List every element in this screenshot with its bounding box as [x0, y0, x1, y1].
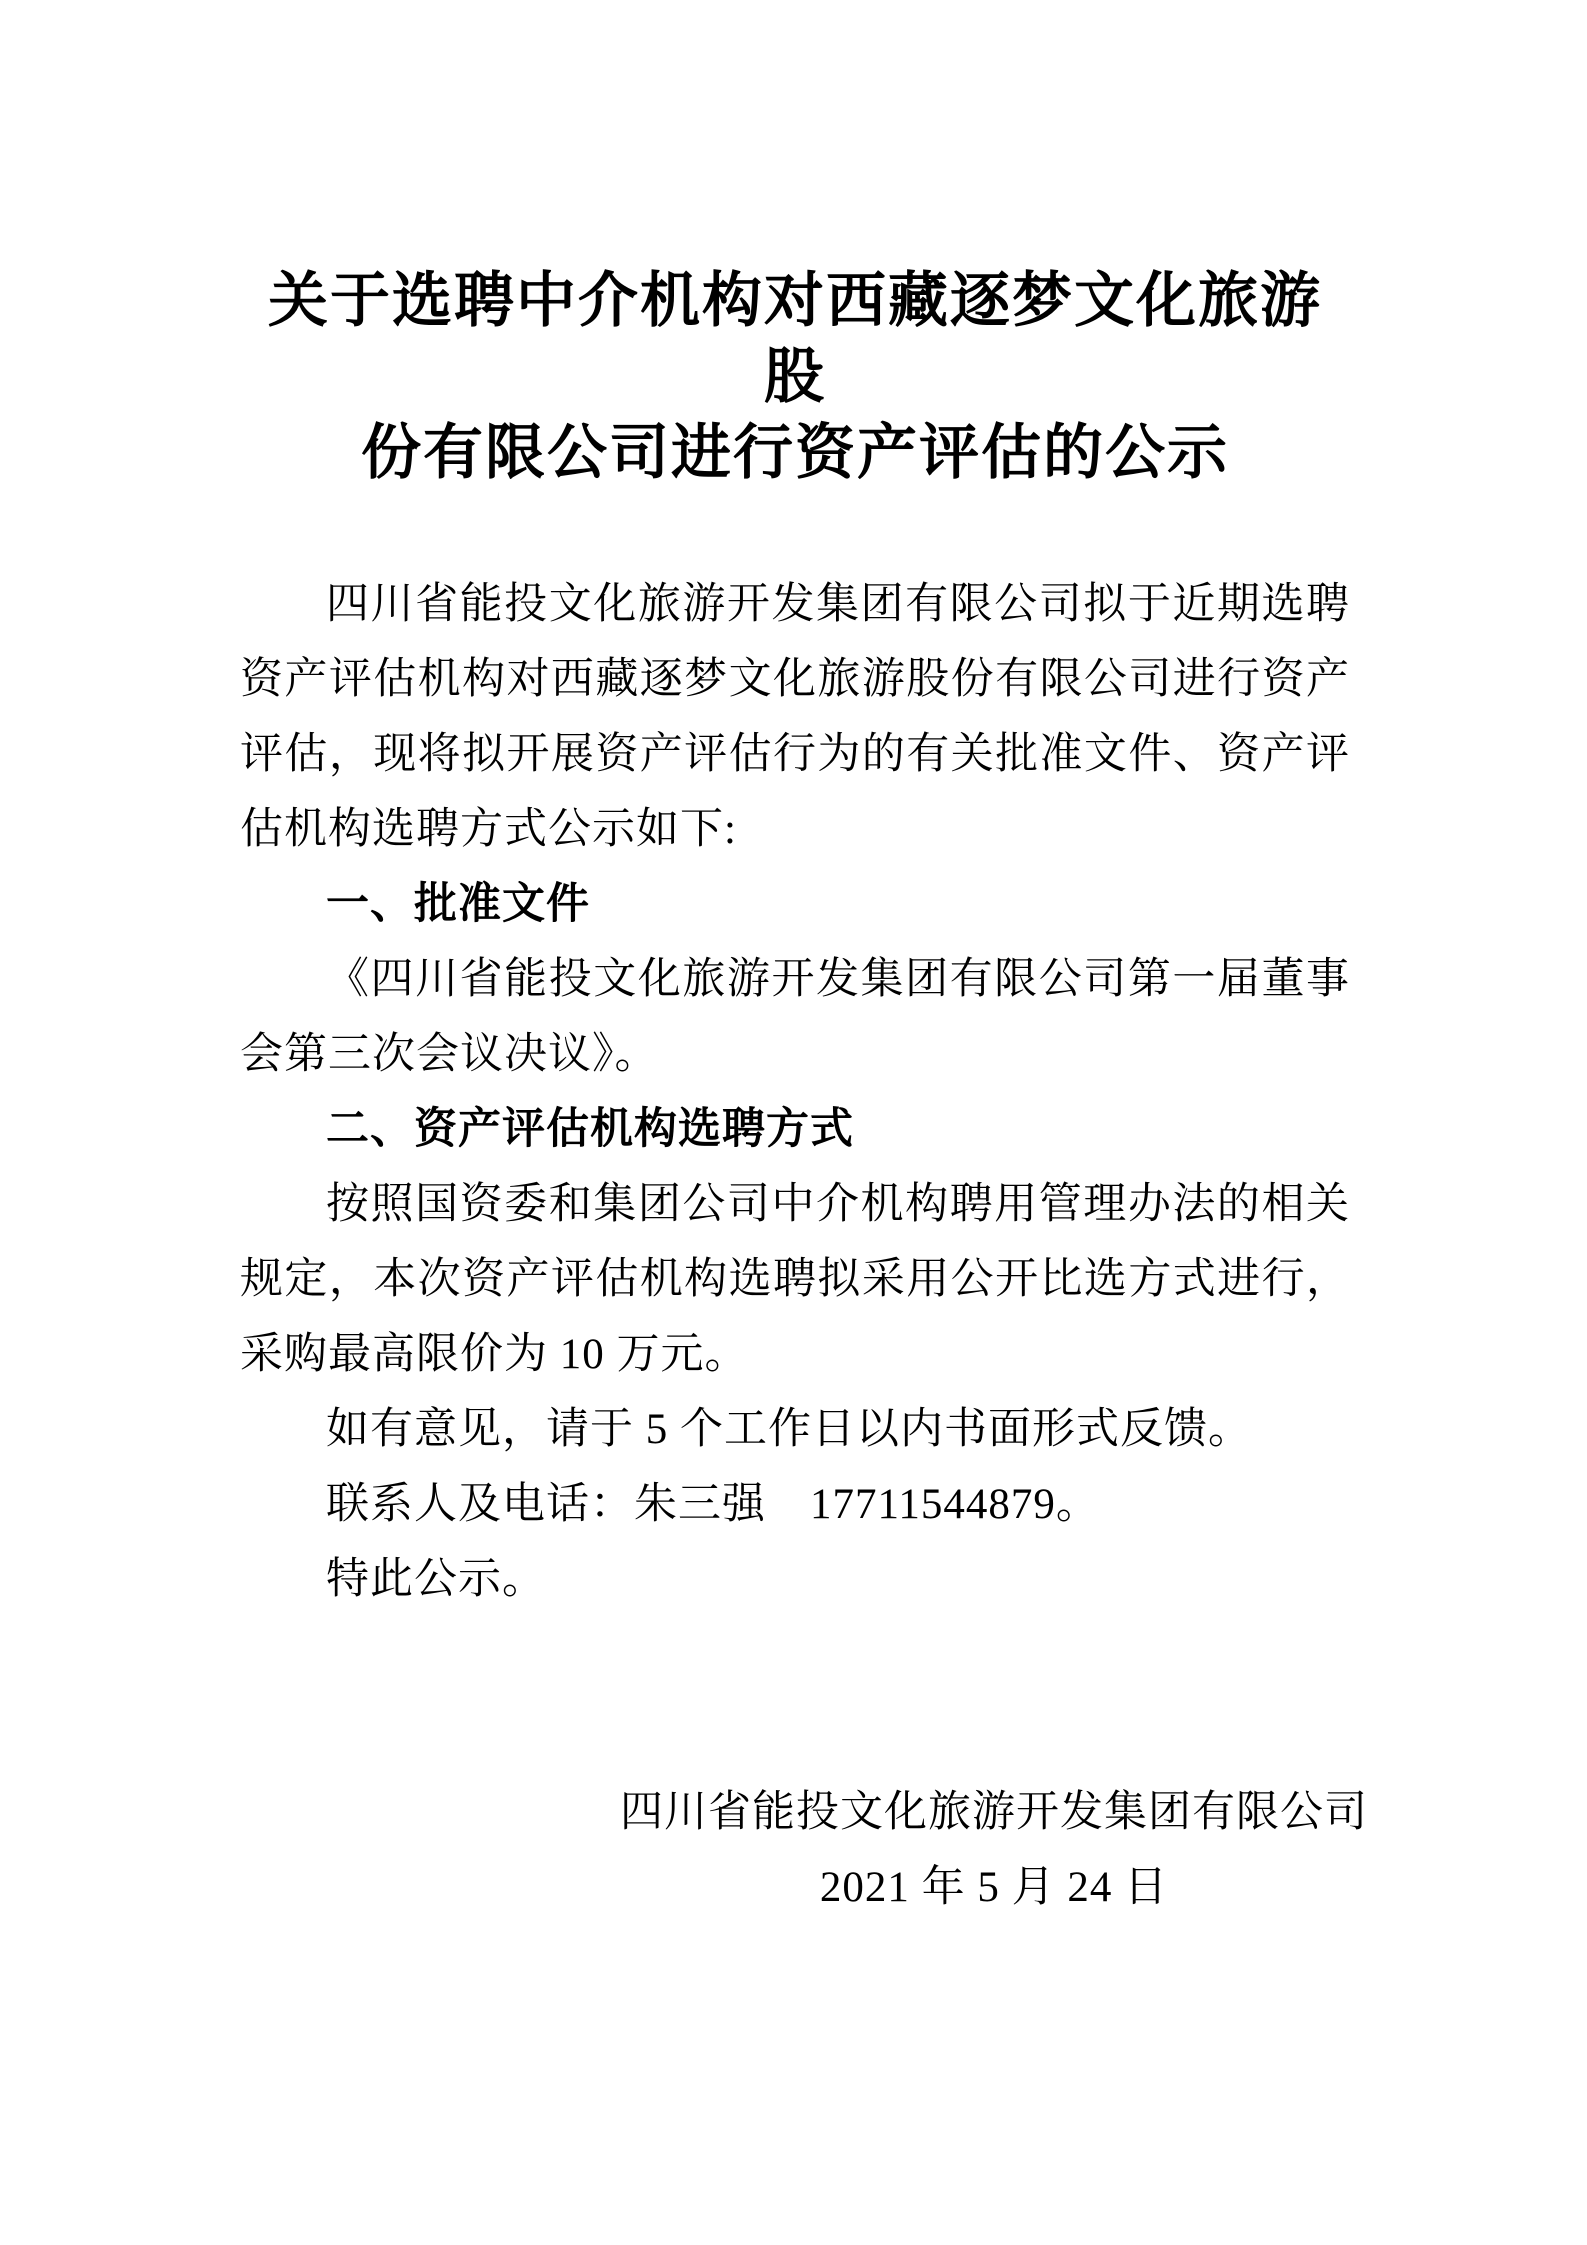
- signature-date: 2021 年 5 月 24 日: [620, 1850, 1368, 1925]
- section-heading-selection-method: 二、资产评估机构选聘方式: [240, 1092, 1350, 1167]
- paragraph-contact-info: 联系人及电话：朱三强 17711544879。: [240, 1467, 1350, 1542]
- paragraph-closing: 特此公示。: [240, 1542, 1350, 1617]
- section-heading-approval-documents: 一、批准文件: [240, 867, 1350, 942]
- signature-block: 四川省能投文化旅游开发集团有限公司 2021 年 5 月 24 日: [620, 1775, 1368, 1925]
- document-body: 四川省能投文化旅游开发集团有限公司拟于近期选聘资产评估机构对西藏逐梦文化旅游股份…: [240, 567, 1350, 1925]
- document-page: 关于选聘中介机构对西藏逐梦文化旅游股 份有限公司进行资产评估的公示 四川省能投文…: [0, 0, 1587, 2245]
- signature-company-name: 四川省能投文化旅游开发集团有限公司: [620, 1775, 1368, 1850]
- paragraph-selection-method: 按照国资委和集团公司中介机构聘用管理办法的相关规定，本次资产评估机构选聘拟采用公…: [240, 1167, 1350, 1392]
- paragraph-approval-document: 《四川省能投文化旅游开发集团有限公司第一届董事会第三次会议决议》。: [240, 942, 1350, 1092]
- paragraph-feedback-period: 如有意见，请于 5 个工作日以内书面形式反馈。: [240, 1392, 1350, 1467]
- paragraph-intro: 四川省能投文化旅游开发集团有限公司拟于近期选聘资产评估机构对西藏逐梦文化旅游股份…: [240, 567, 1350, 867]
- document-title-line-2: 份有限公司进行资产评估的公示: [361, 420, 1229, 486]
- document-title: 关于选聘中介机构对西藏逐梦文化旅游股 份有限公司进行资产评估的公示: [240, 263, 1350, 491]
- document-title-line-1: 关于选聘中介机构对西藏逐梦文化旅游股: [268, 268, 1322, 410]
